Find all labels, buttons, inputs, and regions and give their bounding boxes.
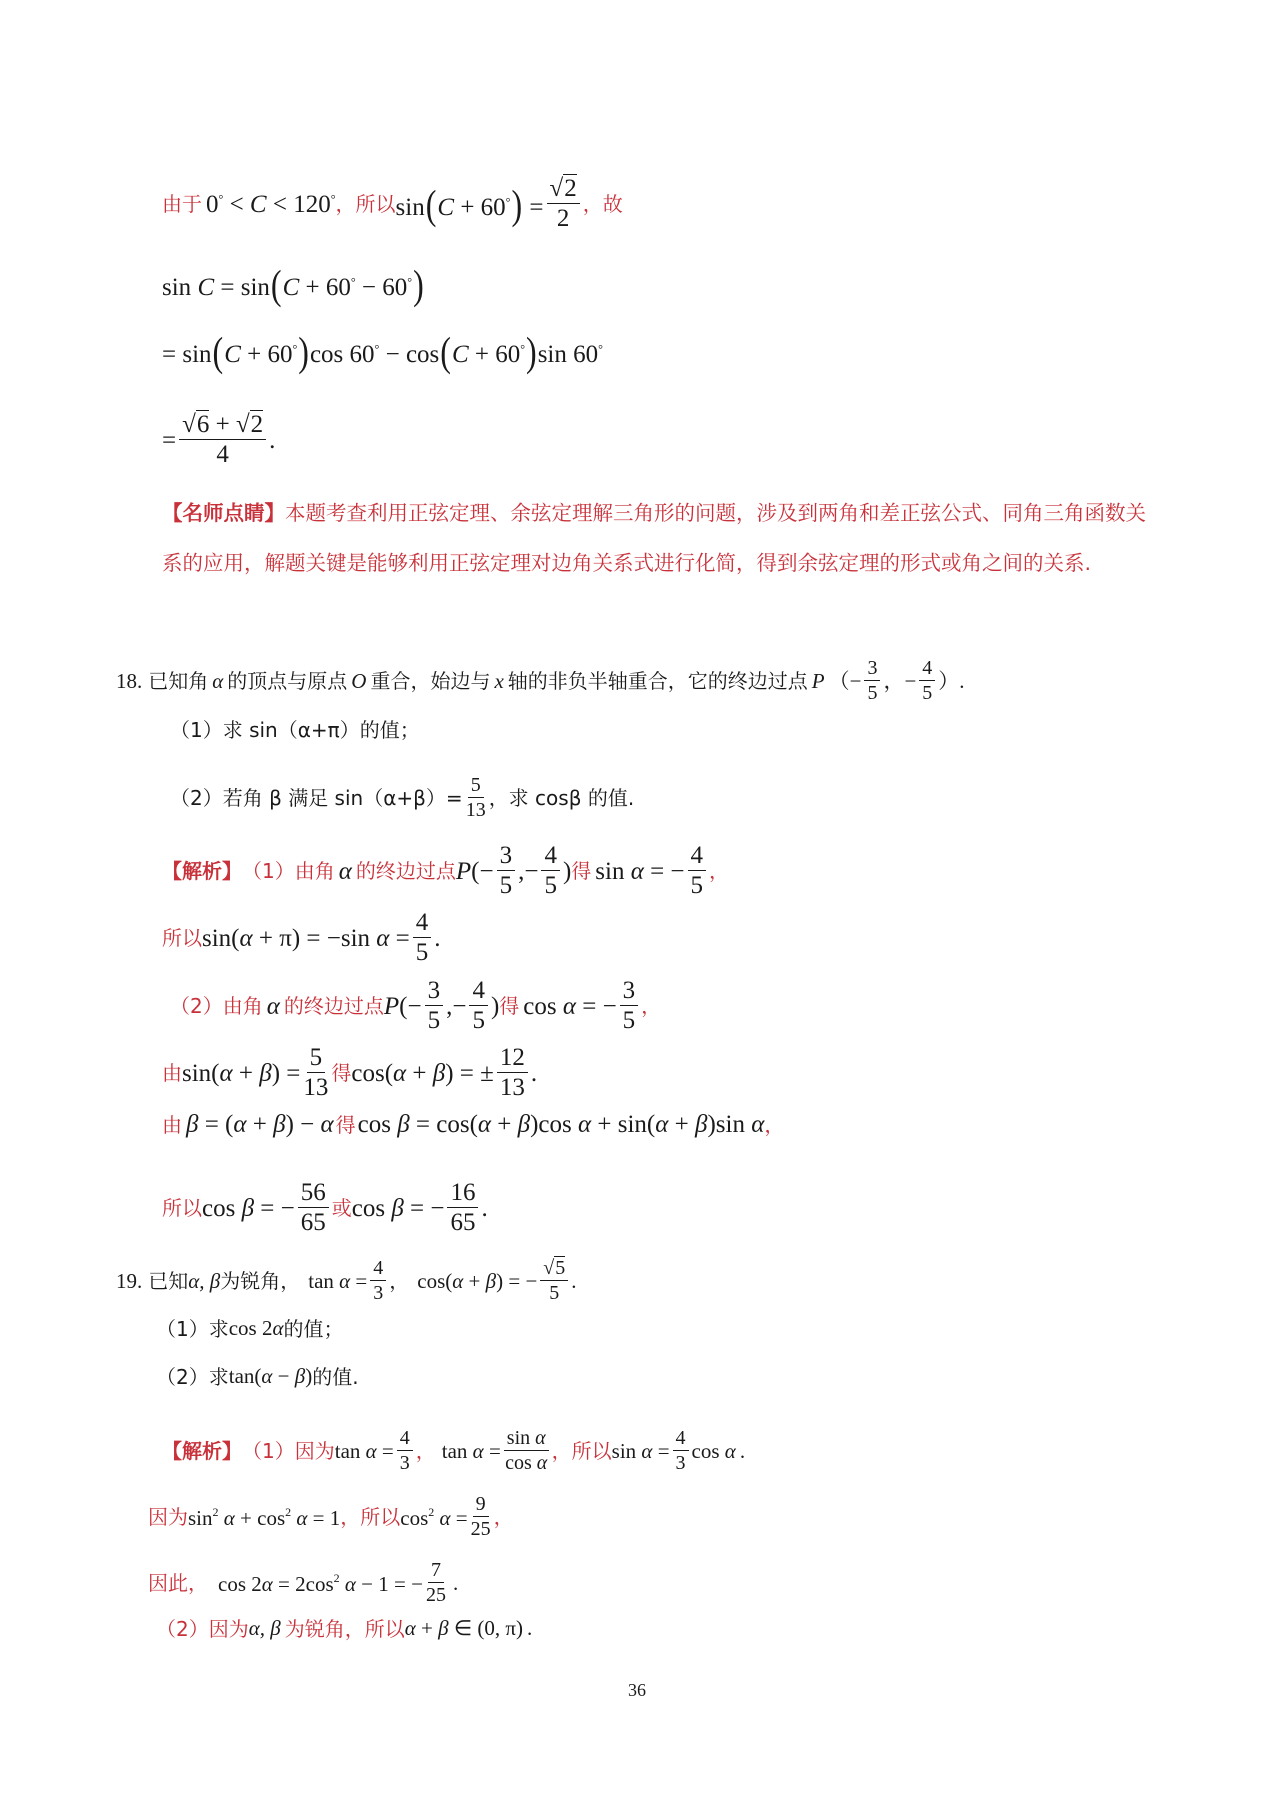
question-19-part1: （1）求 cos 2α 的值； — [156, 1318, 344, 1339]
math-expr: sin C = sin(C + 60° − 60°) — [162, 268, 425, 300]
text: ， — [494, 1507, 514, 1527]
var: x — [494, 671, 503, 692]
solution-line-result: = √6 + √2 4 . — [162, 412, 275, 469]
fraction: 513 — [303, 1045, 328, 1102]
fraction: 45 — [688, 843, 707, 900]
text: （1）求 sin（α+π）的值； — [170, 720, 420, 740]
text: 由 — [162, 1115, 182, 1135]
text: （2）求 — [156, 1367, 229, 1387]
teacher-note-text: 本题考查利用正弦定理、余弦定理解三角形的问题，涉及到两角和差正弦公式、同角三角函… — [162, 501, 1146, 575]
text: （2）由角 — [170, 996, 263, 1016]
text: 重合，始边与 — [370, 671, 490, 691]
solution-label: 【解析】 — [162, 1441, 242, 1461]
fraction: 45 — [469, 978, 488, 1035]
text: 或 — [332, 1198, 352, 1218]
fraction: sin αcos α — [504, 1428, 549, 1474]
text: 由于 — [162, 194, 202, 214]
text: 得 — [331, 1063, 351, 1083]
q18-solution-step2: 所以 sin(α + π) = −sin α = 45 . — [162, 910, 441, 967]
fraction: 43 — [370, 1258, 386, 1304]
vars: α, β — [188, 1271, 220, 1292]
fraction: 725 — [426, 1560, 446, 1606]
q19-solution-step1: 【解析】 （1）因为 tan α = 43 ， tan α = sin αcos… — [162, 1428, 745, 1474]
q18-solution-step5: 由 β = (α + β) − α 得 cos β = cos(α + β)co… — [162, 1112, 784, 1137]
fraction: √2 2 — [547, 176, 580, 233]
text: （2）若角 β 满足 sin（α+β）= — [170, 788, 463, 808]
q19-solution-step2: 因为 sin2 α + cos2 α = 1 ，所以 cos2 α = 925 … — [148, 1494, 514, 1540]
fraction: 35 — [497, 843, 516, 900]
math-range: 0° < C < 120° — [206, 192, 336, 217]
teacher-note: 【名师点睛】本题考查利用正弦定理、余弦定理解三角形的问题，涉及到两角和差正弦公式… — [162, 488, 1162, 588]
text: 得 — [571, 861, 591, 881]
text: 已知角 — [148, 671, 208, 691]
text: 为锐角，所以 — [285, 1619, 405, 1639]
fraction: 45 — [541, 843, 560, 900]
text: 轴的非负半轴重合，它的终边过点 — [508, 671, 808, 691]
text: （1）求 — [156, 1319, 229, 1339]
q18-solution-step1: 【解析】 （1）由角 α 的终边过点 P(− 35 ,− 45 ) 得 sin … — [162, 843, 729, 900]
fraction: 43 — [397, 1428, 413, 1474]
text: ， — [641, 996, 661, 1016]
math-expr: sin(C + 60°) = — [396, 188, 544, 220]
text: 的终边过点 — [356, 861, 456, 881]
text: 因此， — [148, 1573, 208, 1593]
vars: α, β — [249, 1618, 281, 1639]
fraction: 35 — [620, 978, 639, 1035]
text: ， — [416, 1441, 436, 1461]
fraction: 513 — [466, 775, 486, 821]
text: 由 — [162, 1063, 182, 1083]
text: 的终边过点 — [284, 996, 384, 1016]
fraction: 1665 — [447, 1180, 478, 1237]
question-18-part2: （2）若角 β 满足 sin（α+β）= 513 ，求 cosβ 的值. — [170, 775, 634, 821]
fraction: √55 — [540, 1258, 568, 1304]
text: 得 — [499, 996, 519, 1016]
var: O — [351, 671, 366, 692]
question-18-stem: 18. 已知角 α 的顶点与原点 O 重合，始边与 x 轴的非负半轴重合，它的终… — [116, 658, 965, 704]
equals: = — [162, 428, 176, 453]
fraction: 43 — [673, 1428, 689, 1474]
text: 的顶点与原点 — [227, 671, 347, 691]
solution-line-range: 由于 0° < C < 120° ，所以 sin(C + 60°) = √2 2… — [162, 176, 623, 233]
question-19-part2: （2）求 tan(α − β) 的值. — [156, 1366, 359, 1387]
question-number: 18. — [116, 671, 142, 692]
text: 因为 — [148, 1507, 188, 1527]
text: 所以 — [162, 1198, 202, 1218]
solution-line-sinC: sin C = sin(C + 60° − 60°) — [162, 268, 425, 300]
question-19-stem: 19. 已知 α, β 为锐角， tan α = 43 ， cos(α + β)… — [116, 1258, 577, 1304]
text: 得 — [336, 1115, 356, 1135]
question-number: 19. — [116, 1271, 142, 1292]
q19-solution-step4: （2）因为 α, β 为锐角，所以 α + β ∈ (0, π) . — [156, 1618, 532, 1639]
var: P — [812, 671, 825, 692]
var: α — [267, 994, 280, 1019]
var: α — [339, 859, 352, 884]
q19-solution-step3: 因此， cos 2α = 2cos2 α − 1 = − 725 . — [148, 1560, 458, 1606]
math-expr: = sin(C + 60°)cos 60° − cos(C + 60°)sin … — [162, 335, 603, 367]
text: ，所以 — [340, 1507, 400, 1527]
fraction: 1213 — [497, 1045, 528, 1102]
text: （2）因为 — [156, 1619, 249, 1639]
q18-solution-step3: （2）由角 α 的终边过点 P(− 35 ,− 45 ) 得 cos α = −… — [170, 978, 661, 1035]
text: ， — [764, 1115, 784, 1135]
text: ，所以 — [336, 194, 396, 214]
text: 为锐角， — [220, 1271, 300, 1291]
text: （1）因为 — [242, 1441, 335, 1461]
text: ，所以 — [552, 1441, 612, 1461]
text: 的值. — [312, 1367, 358, 1387]
fraction: 925 — [471, 1494, 491, 1540]
q18-solution-step4: 由 sin(α + β) = 513 得 cos(α + β) = ± 1213… — [162, 1045, 537, 1102]
solution-line-expansion: = sin(C + 60°)cos 60° − cos(C + 60°)sin … — [162, 335, 603, 367]
fraction: 5665 — [298, 1180, 329, 1237]
page-number: 36 — [628, 1680, 646, 1701]
fraction: 35 — [864, 658, 880, 704]
solution-label: 【解析】 — [162, 861, 242, 881]
text: （1）由角 — [242, 861, 335, 881]
text: ，求 cosβ 的值. — [489, 788, 635, 808]
fraction: √6 + √2 4 — [179, 412, 266, 469]
q18-solution-step6: 所以 cos β = − 5665 或 cos β = − 1665 . — [162, 1180, 488, 1237]
text: 的值； — [284, 1319, 344, 1339]
teacher-note-label: 【名师点睛】 — [162, 501, 285, 525]
text: ， — [389, 1271, 409, 1291]
text: ， — [709, 861, 729, 881]
fraction: 45 — [919, 658, 935, 704]
question-18-part1: （1）求 sin（α+π）的值； — [170, 720, 420, 740]
text: ，故 — [583, 194, 623, 214]
fraction: 35 — [425, 978, 444, 1035]
fraction: 45 — [413, 910, 432, 967]
var: α — [212, 671, 223, 692]
period: . — [269, 428, 275, 453]
text: 所以 — [162, 928, 202, 948]
text: 已知 — [148, 1271, 188, 1291]
